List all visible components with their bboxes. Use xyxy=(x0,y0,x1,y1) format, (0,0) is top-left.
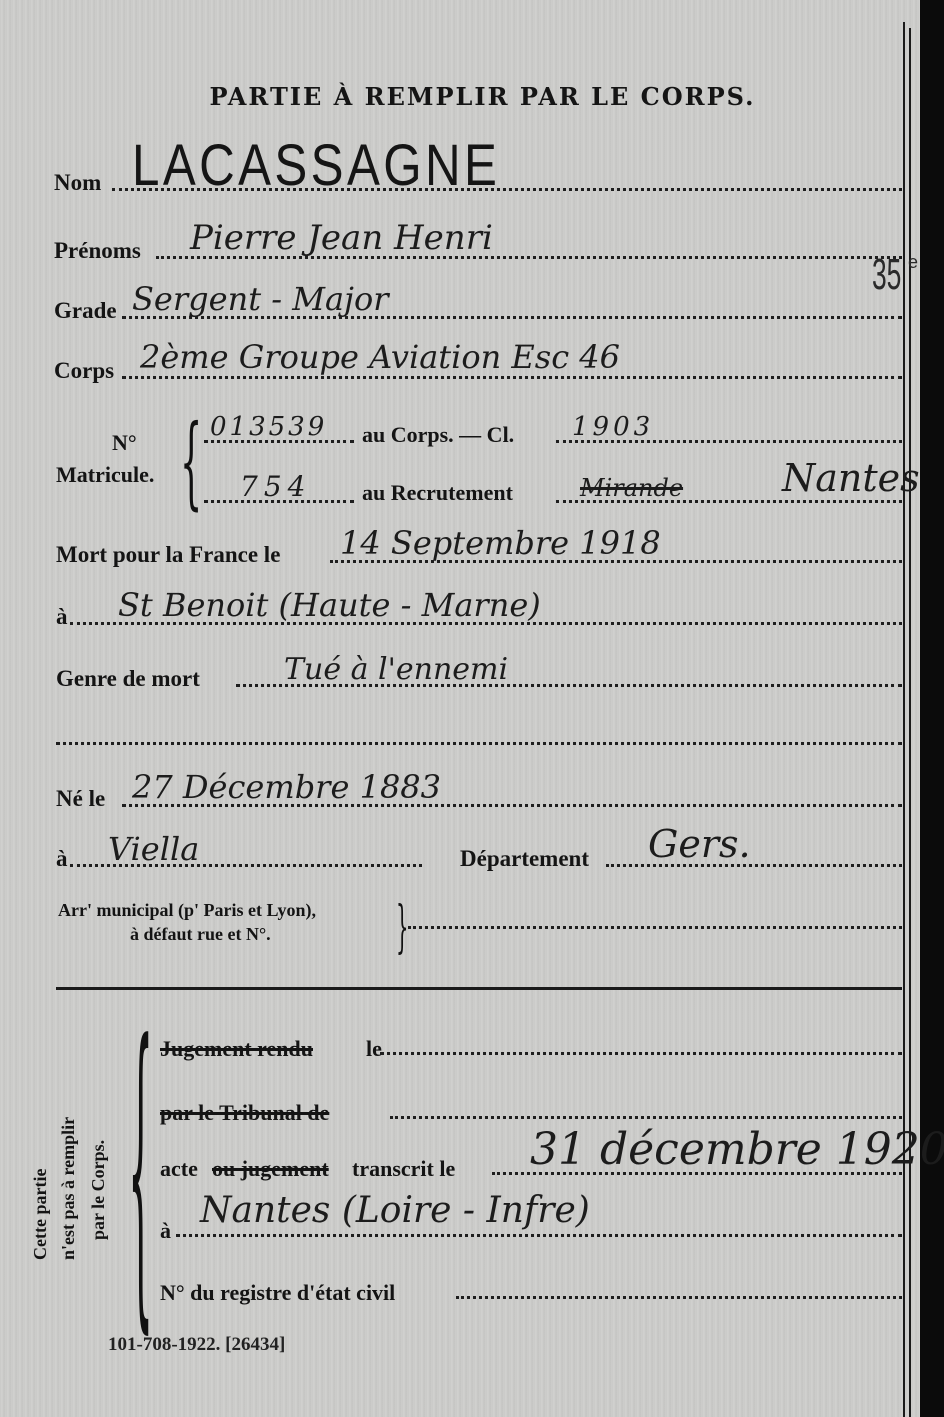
classe-value[interactable]: 1903 xyxy=(572,412,654,442)
prenoms-label: Prénoms xyxy=(54,238,141,264)
mort-a-value[interactable]: St Benoit (Haute - Marne) xyxy=(118,586,541,624)
recrutement-struck-value: Mirande xyxy=(580,474,683,502)
civil-section-side-note: Cette partie n'est pas à remplir par le … xyxy=(30,1050,140,1260)
arrondissement-line xyxy=(408,926,902,929)
mort-le-value[interactable]: 14 Septembre 1918 xyxy=(340,524,661,562)
jugement-rendu-label: le xyxy=(366,1036,382,1062)
transcrit-a-value[interactable]: Nantes (Loire - Infre) xyxy=(200,1190,590,1231)
ne-le-label: Né le xyxy=(56,786,105,812)
transcrit-a-label: à xyxy=(160,1218,171,1244)
border-line xyxy=(903,22,905,1417)
mort-a-label: à xyxy=(56,604,68,630)
ne-le-value[interactable]: 27 Décembre 1883 xyxy=(132,768,441,806)
side-note-line3: par le Corps. xyxy=(88,1140,109,1240)
section-divider xyxy=(56,987,902,990)
matricule-label-bottom: Matricule. xyxy=(56,462,154,488)
genre-de-mort-value[interactable]: Tué à l'ennemi xyxy=(284,652,508,687)
margin-annotation-suffix: e xyxy=(908,252,918,273)
jugement-rendu-line xyxy=(380,1052,902,1055)
transcrit-value[interactable]: 31 décembre 1920 xyxy=(530,1124,944,1175)
matricule-corps-number[interactable]: 013539 xyxy=(210,412,327,442)
tribunal-label-struck: par le Tribunal de xyxy=(160,1100,329,1126)
matricule-corps-label: au Corps. — Cl. xyxy=(362,422,514,448)
recrutement-value[interactable]: Nantes xyxy=(782,456,920,500)
death-record-card: PARTIE À REMPLIR PAR LE CORPS. 35 e Nom … xyxy=(0,0,920,1417)
arrondissement-label-line1: Arr' municipal (p' Paris et Lyon), xyxy=(58,900,316,921)
grade-label: Grade xyxy=(54,298,117,324)
corps-value[interactable]: 2ème Groupe Aviation Esc 46 xyxy=(140,338,620,376)
nom-value[interactable]: LACASSAGNE xyxy=(132,132,500,199)
matricule-label-top: N° xyxy=(112,430,137,456)
registre-line xyxy=(456,1296,902,1299)
ne-a-value[interactable]: Viella xyxy=(108,830,199,868)
prenoms-value[interactable]: Pierre Jean Henri xyxy=(190,218,493,258)
grade-value[interactable]: Sergent - Major xyxy=(132,280,389,318)
departement-value[interactable]: Gers. xyxy=(648,822,751,866)
civil-section-brace: { xyxy=(128,1020,153,1317)
ne-a-label: à xyxy=(56,846,68,872)
transcrit-label-post: transcrit le xyxy=(352,1156,455,1182)
arrondissement-brace: } xyxy=(396,900,408,956)
side-note-line1: Cette partie xyxy=(30,1169,51,1260)
matricule-recrutement-number[interactable]: 754 xyxy=(240,470,311,503)
departement-label: Département xyxy=(460,846,589,872)
form-title: PARTIE À REMPLIR PAR LE CORPS. xyxy=(0,82,944,111)
mort-le-label: Mort pour la France le xyxy=(56,542,280,568)
arrondissement-label-line2: à défaut rue et N°. xyxy=(130,924,271,945)
corps-label: Corps xyxy=(54,358,114,384)
matricule-brace: { xyxy=(180,412,202,512)
blank-line xyxy=(56,742,902,745)
transcrit-label-pre: acte xyxy=(160,1156,198,1182)
transcrit-label-struck: ou jugement xyxy=(212,1156,329,1182)
corps-line xyxy=(122,376,902,379)
jugement-rendu-label-struck: Jugement rendu xyxy=(160,1036,313,1062)
footer-print-code: 101-708-1922. [26434] xyxy=(108,1334,285,1356)
side-note-line2: n'est pas à remplir xyxy=(58,1117,79,1260)
tribunal-line xyxy=(390,1116,902,1119)
nom-label: Nom xyxy=(54,170,101,196)
border-line xyxy=(909,28,911,1417)
registre-label: N° du registre d'état civil xyxy=(160,1280,395,1306)
recrutement-label: au Recrutement xyxy=(362,480,513,506)
transcrit-a-line xyxy=(176,1234,902,1237)
genre-de-mort-label: Genre de mort xyxy=(56,666,200,692)
